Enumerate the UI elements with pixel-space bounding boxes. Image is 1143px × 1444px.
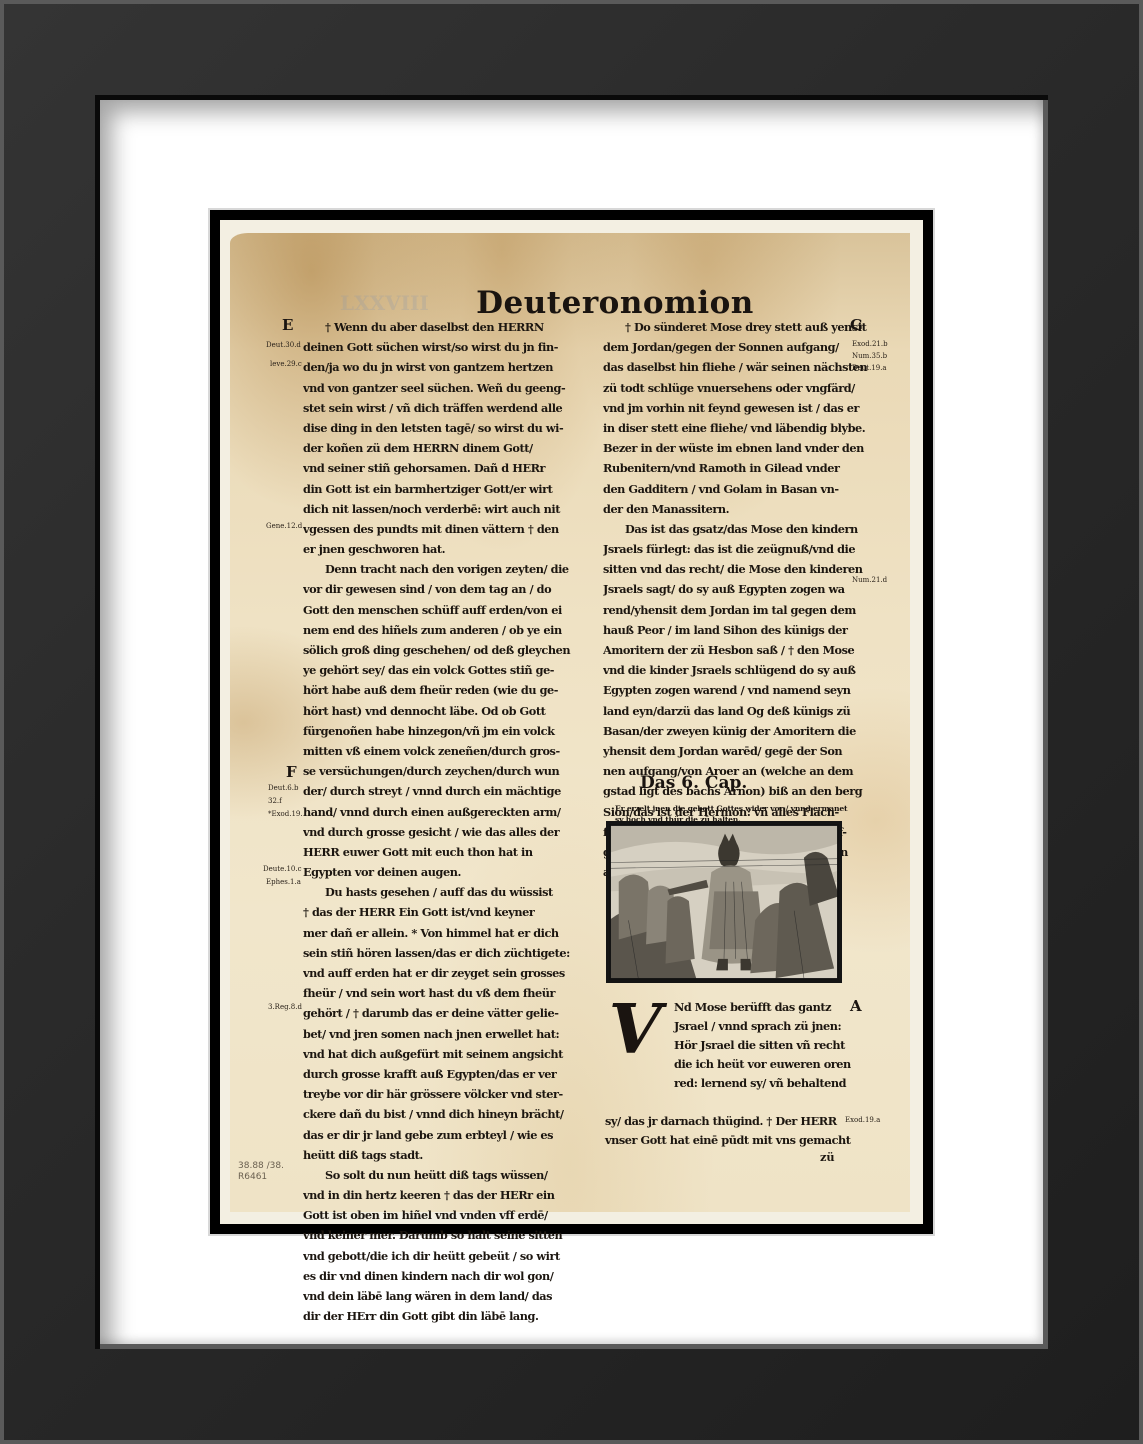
text-line: nem end des hiñels zum anderen / ob ye e… [303, 620, 603, 640]
text-line: dir der HErr din Gott gibt din läbē lang… [303, 1306, 603, 1326]
section-letter-a: A [850, 997, 862, 1015]
text-line: † Wenn du aber daselbst den HERRN [303, 317, 603, 337]
text-line: durch grosse krafft auß Egypten/das er v… [303, 1064, 603, 1084]
text-line: Bezer in der wüste im ebnen land vnder d… [603, 438, 899, 458]
text-line: in diser stett eine fliehe/ vnd läbendig… [603, 418, 899, 438]
chapter-text-beside-initial: Nd Mose berüfft das gantz Jsrael / vnnd … [674, 998, 851, 1093]
marginal-note: *Exod.19. [268, 810, 303, 818]
text-line: Das ist das gsatz/das Mose den kindern [603, 519, 899, 539]
marginal-note: Deut.6.b [268, 784, 298, 792]
text-line: vnd seiner stiñ gehorsamen. Dañ d HERr [303, 458, 603, 478]
text-line: † das der HERR Ein Gott ist/vnd keyner [303, 902, 603, 922]
text-line: vnd keiner mer. Darumb so halt seine sit… [303, 1225, 603, 1245]
text-line: der den Manassitern. [603, 499, 899, 519]
text-line: treybe vor dir här grössere völcker vnd … [303, 1084, 603, 1104]
text-line: vnd dein läbē lang wären in dem land/ da… [303, 1286, 603, 1306]
decorated-initial: V [600, 995, 670, 1065]
text-line: dem Jordan/gegen der Sonnen aufgang/ [603, 337, 899, 357]
text-line: Jsraels fürlegt: das ist die zeügnuß/vnd… [603, 539, 899, 559]
marginal-note: Ephes.1.a [266, 878, 301, 886]
text-line: mer dañ er allein. * Von himmel hat er d… [303, 923, 603, 943]
marginal-note: Deut.30.d [266, 341, 301, 349]
text-line: der/ durch streyt / vnnd durch ein mächt… [303, 781, 603, 801]
text-line: se versüchungen/durch zeychen/durch wun [303, 761, 603, 781]
left-text-column: † Wenn du aber daselbst den HERRN deinen… [303, 317, 603, 1326]
text-line: stet sein wirst / vñ dich träffen werden… [303, 398, 603, 418]
text-line: vnd hat dich außgefürt mit seinem angsic… [303, 1044, 603, 1064]
text-line: Rubenitern/vnd Ramoth in Gilead vnder [603, 458, 899, 478]
text-line: der koñen zü dem HERRN dinem Gott/ [303, 438, 603, 458]
marginal-note: Gene.12.d [266, 522, 302, 530]
moses-woodcut-icon [609, 824, 839, 980]
text-line: Egypten zogen warend / vnd namend seyn [603, 680, 899, 700]
text-line: sein stiñ hören lassen/das er dich zücht… [303, 943, 603, 963]
text-line: ye gehört sey/ das ein volck Gottes stiñ… [303, 660, 603, 680]
woodcut-illustration [606, 821, 842, 983]
text-line: Du hasts gesehen / auff das du wüssist [303, 882, 603, 902]
text-line: den/ja wo du jn wirst von gantzem hertze… [303, 357, 603, 377]
text-line: vnd auff erden hat er dir zeyget sein gr… [303, 963, 603, 983]
text-line: den Gadditern / vnd Golam in Basan vn- [603, 479, 899, 499]
chapter-heading: Das 6. Cap. [640, 773, 747, 793]
text-line: dise ding in den letsten tagē/ so wirst … [303, 418, 603, 438]
chapter-text-full: sy/ das jr darnach thügind. † Der HERR v… [605, 1112, 851, 1150]
inventory-line: 38.88 /38. [238, 1161, 284, 1172]
text-line: ckere dañ du bist / vnnd dich hineyn brä… [303, 1104, 603, 1124]
text-line: Nd Mose berüfft das gantz [674, 998, 851, 1017]
text-line: deinen Gott süchen wirst/so wirst du jn … [303, 337, 603, 357]
text-line: das er dir jr land gebe zum erbteyl / wi… [303, 1125, 603, 1145]
text-line: bet/ vnd jren somen nach jnen erwellet h… [303, 1024, 603, 1044]
book-page: LXXVIII Deuteronomion E Deut.30.d leve.2… [230, 233, 910, 1212]
text-line: hauß Peor / im land Sihon des künigs der [603, 620, 899, 640]
text-line: Gott den menschen schüff auff erden/von … [303, 600, 603, 620]
text-line: HERR euwer Gott mit euch thon hat in [303, 842, 603, 862]
text-line: sölich groß ding geschehen/ od deß gleyc… [303, 640, 603, 660]
right-text-column: † Do sünderet Mose drey stett auß yensit… [603, 317, 899, 882]
text-line: hört habe auß dem fheür reden (wie du ge… [303, 680, 603, 700]
text-line: vnd in din hertz keeren † das der HERr e… [303, 1185, 603, 1205]
text-line: yhensit dem Jordan warēd/ gegē der Son [603, 741, 899, 761]
text-line: vnd jm vorhin nit feynd gewesen ist / da… [603, 398, 899, 418]
mat-shadow-bottom [100, 1344, 1043, 1349]
text-line: sitten vnd das recht/ die Mose den kinde… [603, 559, 899, 579]
text-line: vgessen des pundts mit dinen vättern † d… [303, 519, 603, 539]
text-line: vnd die kinder Jsraels schlügend do sy a… [603, 660, 899, 680]
text-line: zü todt schlüge vnuersehens oder vngfärd… [603, 378, 899, 398]
text-line: So solt du nun heütt diß tags wüssen/ [303, 1165, 603, 1185]
text-line: Hör Jsrael die sitten vñ recht [674, 1036, 851, 1055]
text-line: red: lernend sy/ vñ behaltend [674, 1074, 851, 1093]
inventory-note: 38.88 /38. R6461 [238, 1161, 284, 1183]
text-line: sy/ das jr darnach thügind. † Der HERR [605, 1112, 851, 1131]
text-line: dich nit lassen/noch verderbē: wirt auch… [303, 499, 603, 519]
mat-shadow-right [1043, 100, 1048, 1349]
text-line: Gott ist oben im hiñel vnd vnden vff erd… [303, 1205, 603, 1225]
text-line: hört hast) vnd dennocht läbe. Od ob Gott [303, 701, 603, 721]
text-line: Jsrael / vnnd sprach zü jnen: [674, 1017, 851, 1036]
text-line: hand/ vnnd durch einen außgereckten arm/ [303, 802, 603, 822]
text-line: fheür / vnd sein wort hast du vß dem fhe… [303, 983, 603, 1003]
text-line: din Gott ist ein barmhertziger Gott/er w… [303, 479, 603, 499]
text-line: vor dir gewesen sind / von dem tag an / … [303, 579, 603, 599]
text-line: er jnen geschworen hat. [303, 539, 603, 559]
text-line: vnser Gott hat einē pūdt mit vns gemacht [605, 1131, 851, 1150]
text-line: Jsraels sagt/ do sy auß Egypten zogen wa [603, 579, 899, 599]
text-line: Denn tracht nach den vorigen zeyten/ die [303, 559, 603, 579]
text-line: † Do sünderet Mose drey stett auß yensit [603, 317, 899, 337]
text-line: vnd von gantzer seel süchen. Weñ du geen… [303, 378, 603, 398]
inventory-line: R6461 [238, 1172, 284, 1183]
text-line: gehört / † darumb das er deine vätter ge… [303, 1003, 603, 1023]
text-line: land eyn/darzü das land Og deß künigs zü [603, 701, 899, 721]
marginal-note: 3.Reg.8.d [268, 1003, 302, 1011]
text-line: rend/yhensit dem Jordan im tal gegen dem [603, 600, 899, 620]
text-line: Egypten vor deinen augen. [303, 862, 603, 882]
text-line: es dir vnd dinen kindern nach dir wol go… [303, 1266, 603, 1286]
text-line: heütt diß tags stadt. [303, 1145, 603, 1165]
text-line: mitten vß einem volck zeneñen/durch gros… [303, 741, 603, 761]
text-line: Amoritern der zü Hesbon saß / † den Mose [603, 640, 899, 660]
section-letter-f: F [286, 763, 297, 781]
catchword: zü [820, 1150, 835, 1164]
text-line: Basan/der zweyen künig der Amoritern die [603, 721, 899, 741]
marginal-note: leve.29.c [270, 360, 302, 368]
text-line: vnd durch grosse gesicht / wie das alles… [303, 822, 603, 842]
marginal-note: 32.f [268, 797, 282, 805]
text-line: das daselbst hin fliehe / wär seinen näc… [603, 357, 899, 377]
text-line: die ich heüt vor euweren oren [674, 1055, 851, 1074]
marginal-note: Deute.10.c [263, 865, 302, 873]
section-letter-e: E [282, 316, 293, 334]
page-title: Deuteronomion [230, 285, 910, 321]
summary-line: Er erzelt jnen die gebott Gottes wider v… [615, 803, 847, 814]
text-line: vnd gebott/die ich dir heütt gebeüt / so… [303, 1246, 603, 1266]
text-line: fürgenoñen habe hinzegon/vñ jm ein volck [303, 721, 603, 741]
